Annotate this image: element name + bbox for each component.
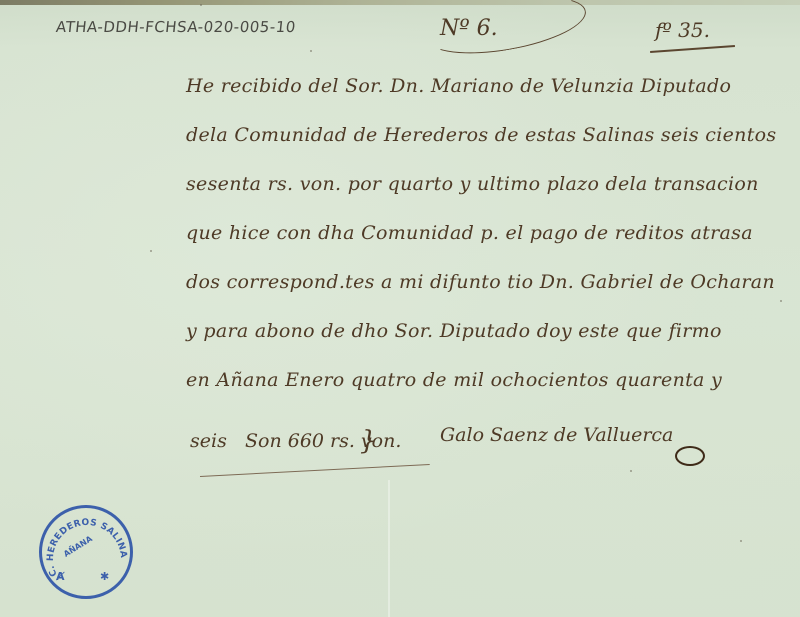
receipt-amount: Son 660 rs. von.: [245, 430, 401, 452]
manuscript-line: sesenta rs. von. por quarto y ultimo pla…: [186, 164, 786, 213]
manuscript-line: que hice con dha Comunidad p. el pago de…: [186, 213, 786, 262]
paper-fold-line: [388, 480, 390, 617]
signature: Galo Saenz de Valluerca: [440, 424, 673, 446]
brace-mark: }: [360, 426, 377, 456]
stamp-ring-text-icon: C. HEREDEROS SALINAS: [39, 505, 133, 599]
closing-word: seis: [190, 430, 227, 452]
manuscript-line: y para abono de dho Sor. Diputado doy es…: [186, 311, 786, 360]
manuscript-line: dela Comunidad de Herederos de estas Sal…: [186, 115, 786, 164]
signature-rubric-icon: [675, 446, 705, 466]
scanned-document-page: ATHA-DDH-FCHSA-020-005-10 Nº 6. fº 35. H…: [0, 0, 800, 617]
manuscript-line: en Añana Enero quatro de mil ochocientos…: [186, 360, 786, 409]
paper-top-edge: [0, 0, 800, 5]
star-icon: ✱: [100, 570, 109, 583]
manuscript-line: He recibido del Sor. Dn. Mariano de Velu…: [186, 66, 786, 115]
folio-underline: [650, 45, 735, 52]
document-number: Nº 6.: [440, 16, 498, 41]
closing-row: seis Son 660 rs. von. } Galo Saenz de Va…: [190, 424, 750, 468]
folio-number: fº 35.: [655, 18, 710, 42]
manuscript-body: He recibido del Sor. Dn. Mariano de Velu…: [186, 66, 786, 409]
archive-stamp: C. HEREDEROS SALINAS AÑANA Ⱥ ✱: [39, 505, 133, 599]
archive-reference-code: ATHA-DDH-FCHSA-020-005-10: [55, 18, 297, 36]
manuscript-line: dos correspond.tes a mi difunto tio Dn. …: [186, 262, 786, 311]
stamp-left-mark: Ⱥ: [56, 570, 65, 583]
